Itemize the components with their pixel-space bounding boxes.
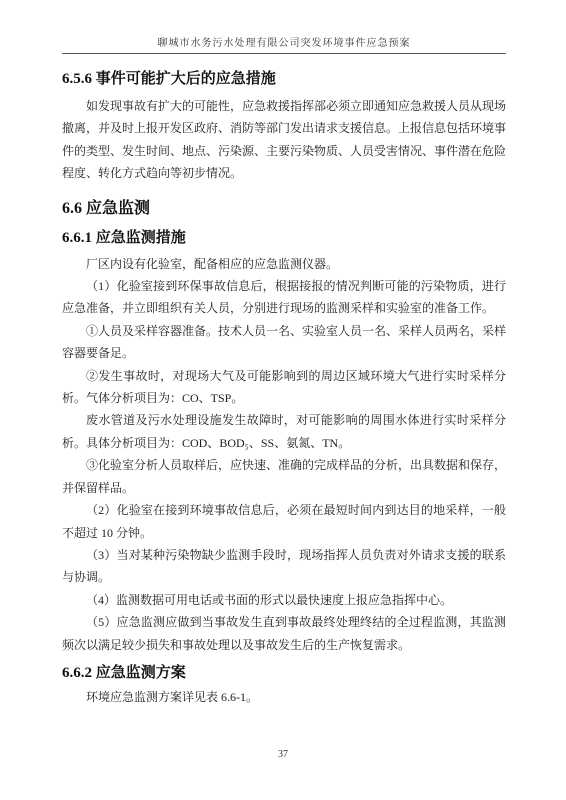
paragraph-circle-2: ②发生事故时，对现场大气及可能影响到的周边区域环境大气进行实时采样分析。气体分析… [62,365,506,410]
paragraph-item-4: （4）监测数据可用电话或书面的形式以最快速度上报应急指挥中心。 [62,589,506,611]
paragraph-item-5: （5）应急监测应做到当事故发生直到事故最终处理终结的全过程监测，其监测频次以满足… [62,611,506,656]
section-heading-6-6-2: 6.6.2 应急监测方案 [62,663,506,684]
page-header: 聊城市水务污水处理有限公司突发环境事件应急预案 [62,34,506,54]
paragraph-wastewater: 废水管道及污水处理设施发生故障时，对可能影响的周围水体进行实时采样分析。具体分析… [62,409,506,454]
paragraph-item-3: （3）当对某种污染物缺少监测手段时，现场指挥人员负责对外请求支援的联系与协调。 [62,544,506,589]
document-content: 聊城市水务污水处理有限公司突发环境事件应急预案 6.5.6 事件可能扩大后的应急… [62,34,506,708]
paragraph-lab-intro: 厂区内设有化验室，配备相应的应急监测仪器。 [62,253,506,275]
paragraph-emergency-measures: 如发现事故有扩大的可能性，应急救援指挥部必须立即通知应急救援人员从现场撤离，并及… [62,95,506,185]
paragraph-monitoring-plan-ref: 环境应急监测方案详见表 6.6-1。 [62,686,506,708]
section-heading-6-5-6: 6.5.6 事件可能扩大后的应急措施 [62,69,506,90]
paragraph-item-2: （2）化验室在接到环境事故信息后，必须在最短时间内到达目的地采样，一般不超过 1… [62,499,506,544]
page-number: 37 [0,749,566,760]
document-page: 聊城市水务污水处理有限公司突发环境事件应急预案 6.5.6 事件可能扩大后的应急… [0,0,566,800]
paragraph-circle-3: ③化验室分析人员取样后，应快速、准确的完成样品的分析，出具数据和保存，并保留样品… [62,454,506,499]
paragraph-circle-1: ①人员及采样容器准备。技术人员一名、实验室人员一名、采样人员两名，采样容器要备足… [62,320,506,365]
paragraph-item-1: （1）化验室接到环保事故信息后，根据接报的情况判断可能的污染物质，进行应急准备，… [62,275,506,320]
section-heading-6-6: 6.6 应急监测 [62,198,506,219]
section-heading-6-6-1: 6.6.1 应急监测措施 [62,228,506,249]
